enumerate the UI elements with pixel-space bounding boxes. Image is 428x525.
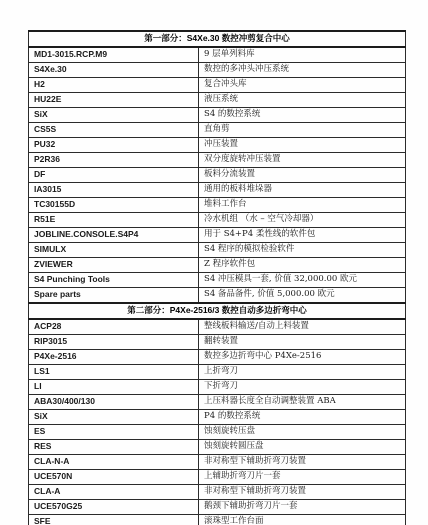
item-code: UCE570N <box>29 470 199 485</box>
table-row: CS5S 直角剪 <box>29 123 406 138</box>
table-row: UCE570G25 鹅颈下辅助折弯刀片一套 <box>29 500 406 515</box>
item-code: PU32 <box>29 138 199 153</box>
item-code: ABA30/400/130 <box>29 395 199 410</box>
item-code: P4Xe-2516 <box>29 350 199 365</box>
table-row: LI 下折弯刀 <box>29 380 406 395</box>
item-desc: S4 的数控系统 <box>199 108 406 123</box>
item-code: P2R36 <box>29 153 199 168</box>
item-code: DF <box>29 168 199 183</box>
table-row: RIP3015 翻转装置 <box>29 335 406 350</box>
item-code: SiX <box>29 108 199 123</box>
item-desc: P4 的数控系统 <box>199 410 406 425</box>
table-row: IA3015 通用的板料堆垛器 <box>29 183 406 198</box>
item-desc: 数控多边折弯中心 P4Xe-2516 <box>199 350 406 365</box>
item-desc: 液压系统 <box>199 93 406 108</box>
item-code: RIP3015 <box>29 335 199 350</box>
item-code: CLA-N-A <box>29 455 199 470</box>
item-code: CS5S <box>29 123 199 138</box>
item-desc: S4 冲压模具一套, 价值 32,000.00 欧元 <box>199 273 406 288</box>
section-1-header-row: 第一部分：S4Xe.30 数控冲剪复合中心 <box>29 31 406 47</box>
item-desc: 上辅助折弯刀片一套 <box>199 470 406 485</box>
item-desc: S4 备品备件, 价值 5,000.00 欧元 <box>199 288 406 304</box>
table-row: SFE 滚珠型工作台面 <box>29 515 406 525</box>
item-code: H2 <box>29 78 199 93</box>
item-desc: 通用的板料堆垛器 <box>199 183 406 198</box>
table-row: S4 Punching Tools S4 冲压模具一套, 价值 32,000.0… <box>29 273 406 288</box>
table-row: JOBLINE.CONSOLE.S4P4 用于 S4+P4 柔性线的软件包 <box>29 228 406 243</box>
table-row: S4Xe.30 数控的多冲头冲压系统 <box>29 63 406 78</box>
item-code: ACP28 <box>29 319 199 335</box>
item-code: TC30155D <box>29 198 199 213</box>
document-page: 第一部分：S4Xe.30 数控冲剪复合中心 MD1-3015.RCP.M9 9 … <box>0 0 428 525</box>
table-row: LS1 上折弯刀 <box>29 365 406 380</box>
table-row: Spare parts S4 备品备件, 价值 5,000.00 欧元 <box>29 288 406 304</box>
item-desc: 用于 S4+P4 柔性线的软件包 <box>199 228 406 243</box>
item-desc: 蚀刻旋转压盘 <box>199 425 406 440</box>
item-desc: 双分度旋转冲压装置 <box>199 153 406 168</box>
table-row: P2R36 双分度旋转冲压装置 <box>29 153 406 168</box>
table-row: UCE570N 上辅助折弯刀片一套 <box>29 470 406 485</box>
item-code: Spare parts <box>29 288 199 304</box>
table-row: SIMULX S4 程序的模拟检验软件 <box>29 243 406 258</box>
item-desc: 非对称型下辅助折弯刀装置 <box>199 485 406 500</box>
item-code: CLA-A <box>29 485 199 500</box>
table-row: CLA-A 非对称型下辅助折弯刀装置 <box>29 485 406 500</box>
table-row: SiX P4 的数控系统 <box>29 410 406 425</box>
table-row: H2 复合冲头库 <box>29 78 406 93</box>
item-code: IA3015 <box>29 183 199 198</box>
item-desc: 翻转装置 <box>199 335 406 350</box>
table-row: SiX S4 的数控系统 <box>29 108 406 123</box>
item-desc: 整线板料输送/自动上料装置 <box>199 319 406 335</box>
item-desc: 数控的多冲头冲压系统 <box>199 63 406 78</box>
table-row: ZVIEWER Z 程序软件包 <box>29 258 406 273</box>
item-desc: 板料分流装置 <box>199 168 406 183</box>
item-code: HU22E <box>29 93 199 108</box>
item-code: LI <box>29 380 199 395</box>
table-row: P4Xe-2516 数控多边折弯中心 P4Xe-2516 <box>29 350 406 365</box>
item-code: RES <box>29 440 199 455</box>
section-1-title: 第一部分：S4Xe.30 数控冲剪复合中心 <box>29 31 406 47</box>
item-desc: 堆料工作台 <box>199 198 406 213</box>
item-desc: 直角剪 <box>199 123 406 138</box>
table-row: CLA-N-A 非对称型下辅助折弯刀装置 <box>29 455 406 470</box>
item-code: LS1 <box>29 365 199 380</box>
item-desc: 蚀刻旋转圆压盘 <box>199 440 406 455</box>
table-row: TC30155D 堆料工作台 <box>29 198 406 213</box>
item-code: UCE570G25 <box>29 500 199 515</box>
item-desc: 9 层单列料库 <box>199 47 406 63</box>
item-desc: 上压料器长度全自动调整装置 ABA <box>199 395 406 410</box>
table-row: MD1-3015.RCP.M9 9 层单列料库 <box>29 47 406 63</box>
item-desc: 滚珠型工作台面 <box>199 515 406 525</box>
parts-table: 第一部分：S4Xe.30 数控冲剪复合中心 MD1-3015.RCP.M9 9 … <box>28 30 406 525</box>
item-desc: 冲压装置 <box>199 138 406 153</box>
item-code: JOBLINE.CONSOLE.S4P4 <box>29 228 199 243</box>
item-code: ES <box>29 425 199 440</box>
item-desc: 下折弯刀 <box>199 380 406 395</box>
item-desc: 复合冲头库 <box>199 78 406 93</box>
table-row: ES 蚀刻旋转压盘 <box>29 425 406 440</box>
item-code: S4 Punching Tools <box>29 273 199 288</box>
table-row: ABA30/400/130 上压料器长度全自动调整装置 ABA <box>29 395 406 410</box>
item-code: ZVIEWER <box>29 258 199 273</box>
item-desc: 冷水机组 （水 – 空气冷却器） <box>199 213 406 228</box>
item-desc: S4 程序的模拟检验软件 <box>199 243 406 258</box>
item-desc: 鹅颈下辅助折弯刀片一套 <box>199 500 406 515</box>
item-desc: 上折弯刀 <box>199 365 406 380</box>
table-row: DF 板料分流装置 <box>29 168 406 183</box>
table-row: R51E 冷水机组 （水 – 空气冷却器） <box>29 213 406 228</box>
item-code: R51E <box>29 213 199 228</box>
section-2-title: 第二部分：P4Xe-2516/3 数控自动多边折弯中心 <box>29 303 406 319</box>
table-row: RES 蚀刻旋转圆压盘 <box>29 440 406 455</box>
table-row: PU32 冲压装置 <box>29 138 406 153</box>
item-code: SFE <box>29 515 199 525</box>
item-code: SiX <box>29 410 199 425</box>
item-desc: 非对称型下辅助折弯刀装置 <box>199 455 406 470</box>
section-2-header-row: 第二部分：P4Xe-2516/3 数控自动多边折弯中心 <box>29 303 406 319</box>
item-code: MD1-3015.RCP.M9 <box>29 47 199 63</box>
table-row: HU22E 液压系统 <box>29 93 406 108</box>
table-row: ACP28 整线板料输送/自动上料装置 <box>29 319 406 335</box>
item-desc: Z 程序软件包 <box>199 258 406 273</box>
item-code: SIMULX <box>29 243 199 258</box>
item-code: S4Xe.30 <box>29 63 199 78</box>
